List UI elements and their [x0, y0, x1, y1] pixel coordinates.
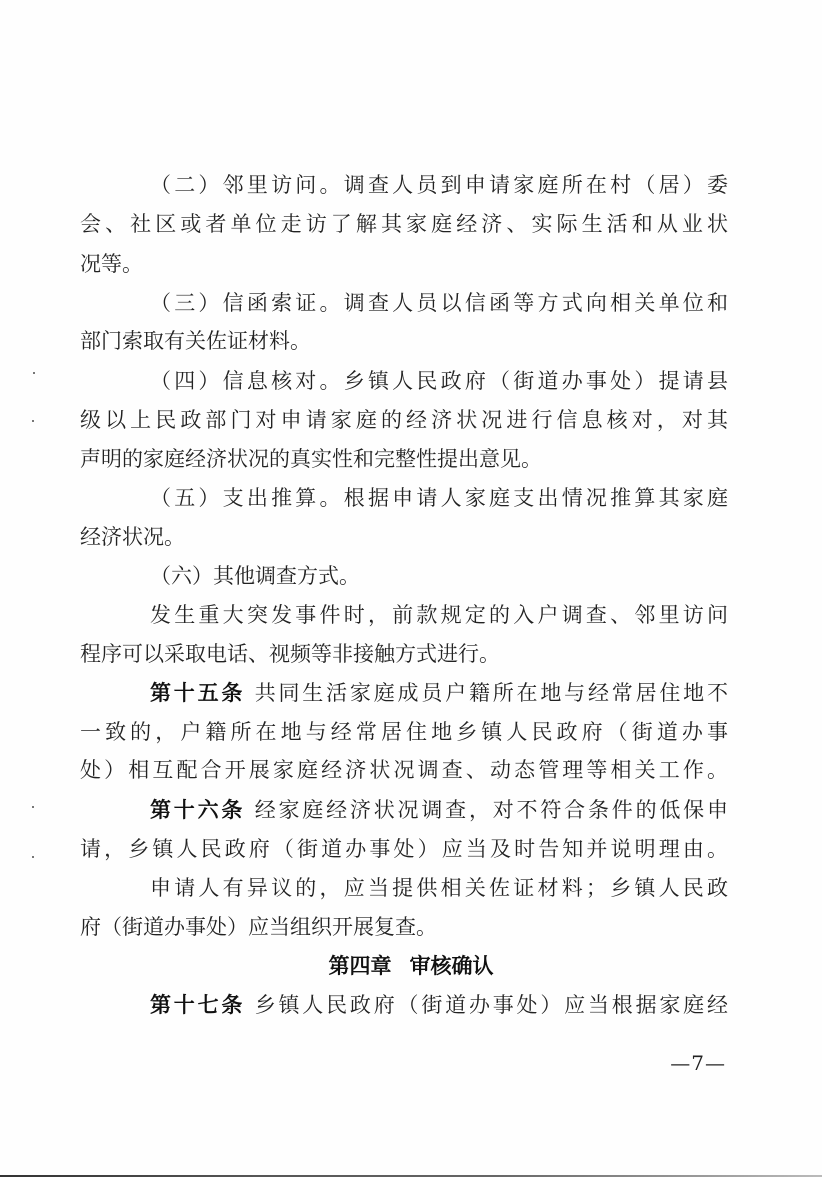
paragraph-line: 况等。: [80, 249, 728, 279]
margin-dot: [32, 856, 34, 858]
paragraph-line: 部门索取有关佐证材料。: [80, 326, 728, 356]
paragraph-line: 经济状况。: [80, 522, 728, 552]
paragraph-line: （三）信函索证。调查人员以信函等方式向相关单位和: [150, 288, 728, 318]
paragraph-line: 发生重大突发事件时，前款规定的入户调查、邻里访问: [150, 600, 728, 630]
paragraph-line: 程序可以采取电话、视频等非接触方式进行。: [80, 639, 728, 669]
paragraph-line: （六）其他调查方式。: [150, 561, 728, 591]
paragraph-line: （四）信息核对。乡镇人民政府（街道办事处）提请县: [150, 366, 728, 396]
margin-dot: [32, 420, 34, 422]
paragraph-line: 申请人有异议的，应当提供相关佐证材料；乡镇人民政: [150, 873, 728, 903]
article-label: 第十五条: [150, 681, 245, 705]
chapter-title: 审核确认: [410, 954, 494, 978]
article-text: 共同生活家庭成员户籍所在地与经常居住地不: [255, 681, 728, 705]
article-16-line: 第十六条 经家庭经济状况调查，对不符合条件的低保申: [150, 795, 728, 825]
paragraph-line: （二）邻里访问。调查人员到申请家庭所在村（居）委: [150, 170, 728, 200]
page-number: —7—: [670, 1049, 726, 1077]
chapter-number: 第四章: [329, 954, 392, 978]
chapter-heading: 第四章审核确认: [0, 951, 822, 981]
paragraph-line: 处）相互配合开展家庭经济状况调查、动态管理等相关工作。: [80, 755, 728, 785]
paragraph-line: 会、社区或者单位走访了解其家庭经济、实际生活和从业状: [80, 209, 728, 239]
document-page: （二）邻里访问。调查人员到申请家庭所在村（居）委 会、社区或者单位走访了解其家庭…: [0, 0, 822, 1177]
paragraph-line: 级以上民政部门对申请家庭的经济状况进行信息核对，对其: [80, 405, 728, 435]
paragraph-line: 声明的家庭经济状况的真实性和完整性提出意见。: [80, 444, 728, 474]
article-17-line: 第十七条 乡镇人民政府（街道办事处）应当根据家庭经: [150, 990, 728, 1020]
article-label: 第十六条: [150, 798, 245, 822]
article-text: 乡镇人民政府（街道办事处）应当根据家庭经: [255, 993, 728, 1017]
paragraph-line: 府（街道办事处）应当组织开展复查。: [80, 912, 728, 942]
margin-dot: [32, 806, 34, 808]
paragraph-line: （五）支出推算。根据申请人家庭支出情况推算其家庭: [150, 483, 728, 513]
paragraph-line: 一致的，户籍所在地与经常居住地乡镇人民政府（街道办事: [80, 717, 728, 747]
article-text: 经家庭经济状况调查，对不符合条件的低保申: [255, 798, 728, 822]
article-label: 第十七条: [150, 993, 245, 1017]
article-15-line: 第十五条 共同生活家庭成员户籍所在地与经常居住地不: [150, 678, 728, 708]
paragraph-line: 请，乡镇人民政府（街道办事处）应当及时告知并说明理由。: [80, 834, 728, 864]
margin-dot: [33, 372, 35, 374]
